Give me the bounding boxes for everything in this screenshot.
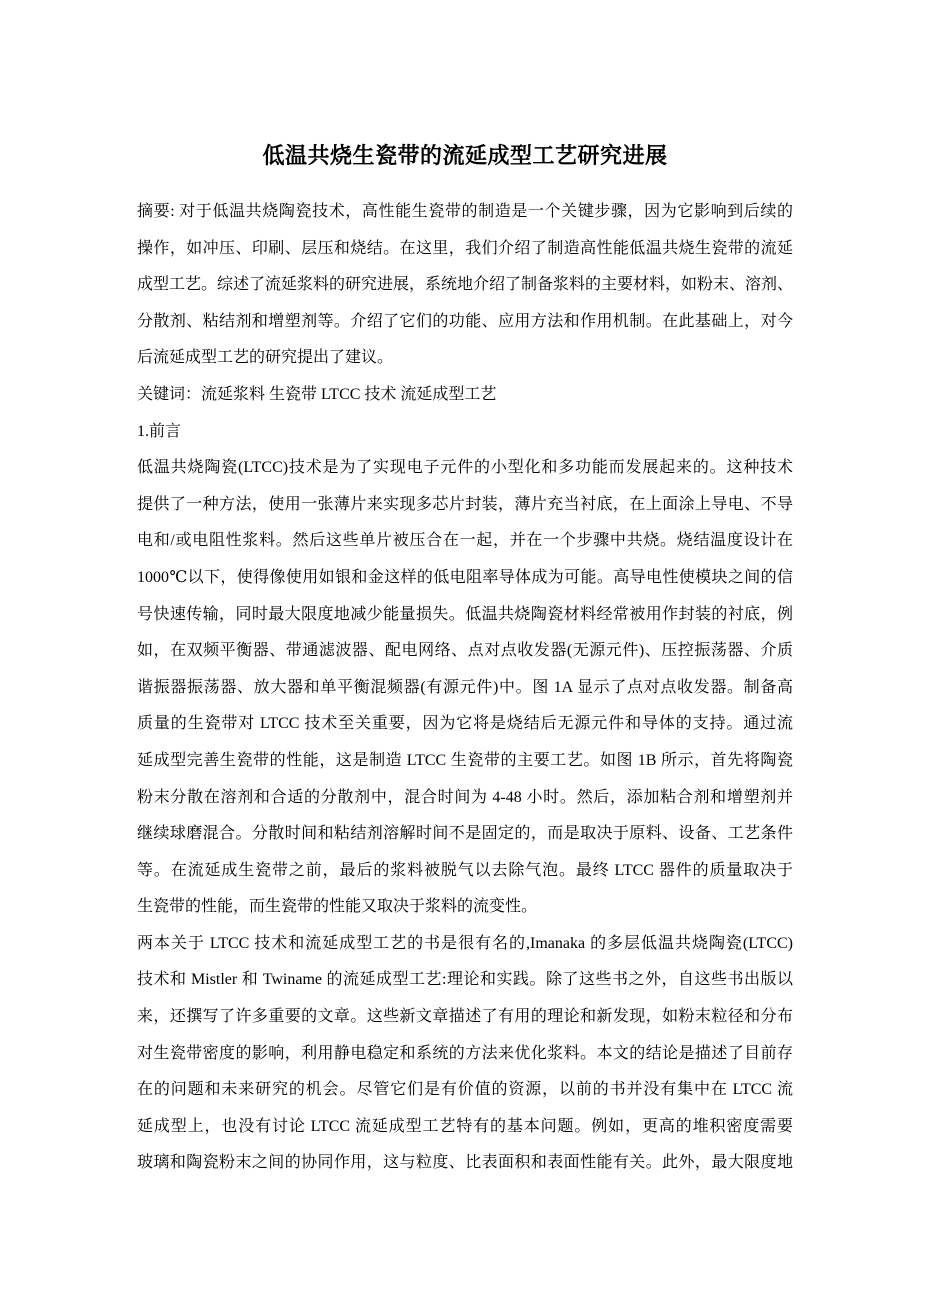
text-line: 质量的生瓷带对 LTCC 技术至关重要，因为它将是烧结后无源元件和导体的支持。通…: [137, 706, 793, 743]
text-line: 成型工艺。综述了流延浆料的研究进展，系统地介绍了制备浆料的主要材料，如粉末、溶剂…: [137, 267, 793, 304]
text-line: 1.前言: [137, 414, 793, 451]
text-line: 粉末分散在溶剂和合适的分散剂中，混合时间为 4-48 小时。然后，添加粘合剂和增…: [137, 780, 793, 817]
text-line: 谐振器振荡器、放大器和单平衡混频器(有源元件)中。图 1A 显示了点对点收发器。…: [137, 670, 793, 707]
text-line: 如，在双频平衡器、带通滤波器、配电网络、点对点收发器(无源元件)、压控振荡器、介…: [137, 633, 793, 670]
text-line: 提供了一种方法，使用一张薄片来实现多芯片封装，薄片充当衬底，在上面涂上导电、不导: [137, 487, 793, 524]
text-line: 1000℃以下，使得像使用如银和金这样的低电阻率导体成为可能。高导电性使模块之间…: [137, 560, 793, 597]
text-line: 两本关于 LTCC 技术和流延成型工艺的书是很有名的,Imanaka 的多层低温…: [137, 926, 793, 963]
text-line: 继续球磨混合。分散时间和粘结剂溶解时间不是固定的，而是取决于原料、设备、工艺条件: [137, 816, 793, 853]
body-text: 摘要: 对于低温共烧陶瓷技术，高性能生瓷带的制造是一个关键步骤，因为它影响到后续…: [137, 194, 793, 1182]
text-line: 在的问题和未来研究的机会。尽管它们是有价值的资源，以前的书并没有集中在 LTCC…: [137, 1072, 793, 1109]
text-line: 对生瓷带密度的影响，利用静电稳定和系统的方法来优化浆料。本文的结论是描述了目前存: [137, 1036, 793, 1073]
text-line: 低温共烧陶瓷(LTCC)技术是为了实现电子元件的小型化和多功能而发展起来的。这种…: [137, 450, 793, 487]
document-title: 低温共烧生瓷带的流延成型工艺研究进展: [137, 140, 793, 172]
text-line: 延成型完善生瓷带的性能，这是制造 LTCC 生瓷带的主要工艺。如图 1B 所示，…: [137, 743, 793, 780]
text-line: 电和/或电阻性浆料。然后这些单片被压合在一起，并在一个步骤中共烧。烧结温度设计在: [137, 523, 793, 560]
text-line: 技术和 Mistler 和 Twiname 的流延成型工艺:理论和实践。除了这些…: [137, 962, 793, 999]
text-line: 生瓷带的性能，而生瓷带的性能又取决于浆料的流变性。: [137, 889, 793, 926]
text-line: 分散剂、粘结剂和增塑剂等。介绍了它们的功能、应用方法和作用机制。在此基础上，对今: [137, 304, 793, 341]
text-line: 等。在流延成生瓷带之前，最后的浆料被脱气以去除气泡。最终 LTCC 器件的质量取…: [137, 853, 793, 890]
text-line: 玻璃和陶瓷粉末之间的协同作用，这与粒度、比表面积和表面性能有关。此外，最大限度地: [137, 1145, 793, 1182]
text-line: 号快速传输，同时最大限度地减少能量损失。低温共烧陶瓷材料经常被用作封装的衬底，例: [137, 597, 793, 634]
text-line: 操作，如冲压、印刷、层压和烧结。在这里，我们介绍了制造高性能低温共烧生瓷带的流延: [137, 231, 793, 268]
text-line: 关键词：流延浆料 生瓷带 LTCC 技术 流延成型工艺: [137, 377, 793, 414]
text-line: 后流延成型工艺的研究提出了建议。: [137, 340, 793, 377]
text-line: 摘要: 对于低温共烧陶瓷技术，高性能生瓷带的制造是一个关键步骤，因为它影响到后续…: [137, 194, 793, 231]
text-line: 延成型上，也没有讨论 LTCC 流延成型工艺特有的基本问题。例如，更高的堆积密度…: [137, 1109, 793, 1146]
document-page: 低温共烧生瓷带的流延成型工艺研究进展 摘要: 对于低温共烧陶瓷技术，高性能生瓷带…: [0, 0, 926, 1309]
text-line: 来，还撰写了许多重要的文章。这些新文章描述了有用的理论和新发现，如粉末粒径和分布: [137, 999, 793, 1036]
